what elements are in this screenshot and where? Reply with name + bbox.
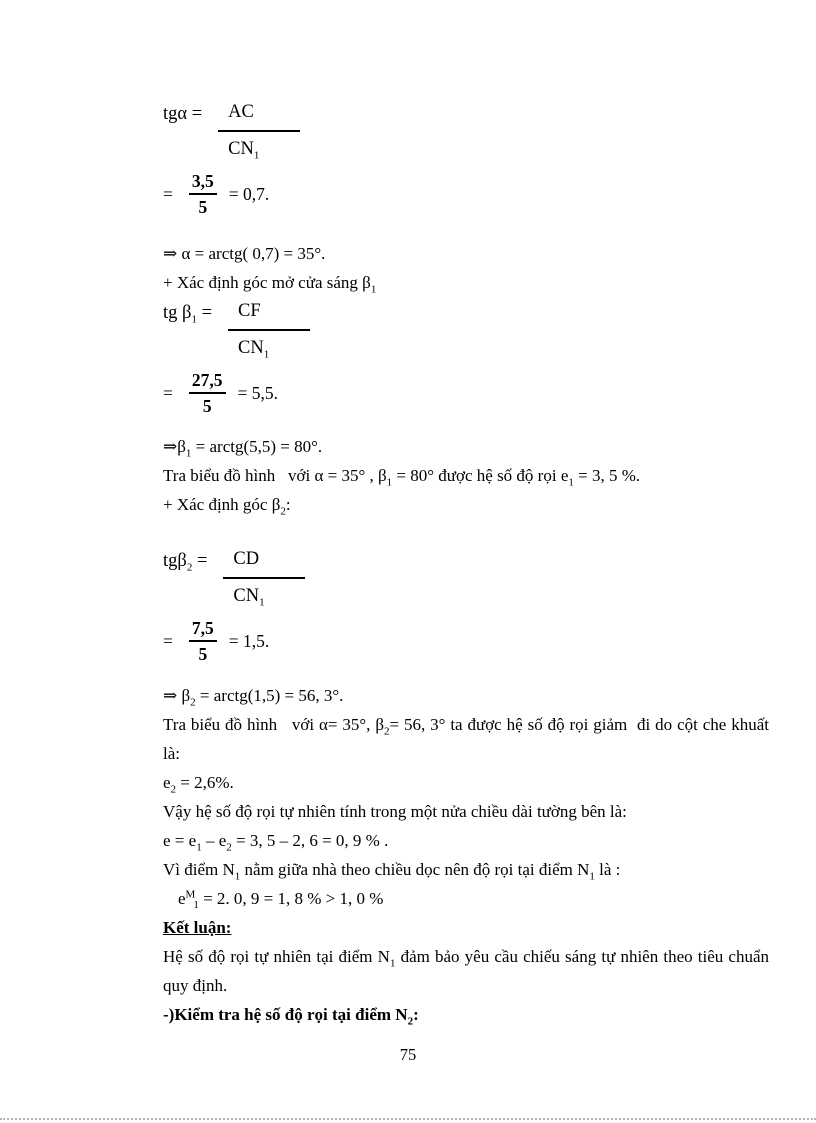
denominator-base: CN (233, 586, 259, 606)
paragraph-xac-dinh-beta2: + Xác định góc β2: (163, 490, 769, 519)
lhs-base: tg β (163, 303, 191, 323)
formula-tg-alpha-definition: tgα = AC CN1 (163, 100, 769, 161)
fraction-7-5-over-5: 7,5 5 (189, 618, 217, 664)
formula-tg-alpha-calculation: = 3,5 5 = 0,7. (163, 171, 769, 217)
calculation-result: = 0,7. (229, 183, 270, 205)
formula-tg-beta1-definition: tg β1 = CF CN1 (163, 299, 769, 360)
text-run: e = e (163, 831, 196, 850)
text-run: ⇒ α = arctg( 0,7) = 35°. (163, 244, 325, 263)
formula-tg-beta1-calculation: = 27,5 5 = 5,5. (163, 370, 769, 416)
equals-sign: = (163, 382, 173, 404)
paragraph-he-so-conclusion: Hệ số độ rọi tự nhiên tại điểm N1 đảm bả… (163, 942, 769, 1000)
text-run: = 3, 5 %. (574, 466, 640, 485)
denominator-base: CN (238, 338, 264, 358)
fraction-denominator: 5 (189, 195, 217, 217)
text-run: = 3, 5 – 2, 6 = 0, 9 % . (232, 831, 389, 850)
formula-tg-beta2: tgβ2 = CD CN1 = 7,5 5 = 1,5. (163, 547, 769, 664)
text-run: = 80° được hệ số độ rọi e (392, 466, 568, 485)
formula-tg-beta1: tg β1 = CF CN1 = 27,5 5 = 5,5. (163, 299, 769, 416)
text-run: Hệ số độ rọi tự nhiên tại điểm N (163, 947, 390, 966)
text-run: e (163, 773, 171, 792)
calculation-result: = 5,5. (238, 382, 279, 404)
lhs-equals: = (197, 303, 212, 323)
text-run: + Xác định góc β (163, 495, 280, 514)
document-page: tgα = AC CN1 = 3,5 5 = 0,7. ⇒ α = arctg(… (0, 0, 816, 1123)
formula-tg-alpha: tgα = AC CN1 = 3,5 5 = 0,7. (163, 100, 769, 217)
fraction-cd-cn1: CD CN1 (223, 547, 305, 608)
text-run: = 2,6%. (176, 773, 234, 792)
paragraph-arctg-beta2: ⇒ β2 = arctg(1,5) = 56, 3°. (163, 681, 769, 710)
paragraph-em1-value: eM1 = 2. 0, 9 = 1, 8 % > 1, 0 % (163, 884, 769, 913)
paragraph-arctg-alpha: ⇒ α = arctg( 0,7) = 35°. (163, 239, 769, 268)
fraction-27-5-over-5: 27,5 5 (189, 370, 226, 416)
fraction-numerator: 27,5 (189, 370, 226, 394)
fraction-denominator: CN1 (228, 331, 310, 360)
text-run: : (413, 1005, 419, 1024)
equals-sign: = (163, 183, 173, 205)
text-run: – e (202, 831, 227, 850)
fraction-numerator: 7,5 (189, 618, 217, 642)
paragraph-tra-bieu-do-1: Tra biểu đồ hình với α = 35° , β1 = 80° … (163, 461, 769, 490)
text-run: ⇒β (163, 437, 186, 456)
text-run: Vì điểm N (163, 860, 235, 879)
fraction-ac-cn1: AC CN1 (218, 100, 300, 161)
formula-tg-beta2-definition: tgβ2 = CD CN1 (163, 547, 769, 608)
heading-ket-luan: Kết luận: (163, 913, 769, 942)
text-run: Tra biểu đồ hình với α= 35°, β (163, 715, 384, 734)
fraction-numerator: AC (218, 100, 300, 132)
fraction-cf-cn1: CF CN1 (228, 299, 310, 360)
fraction-numerator: CF (228, 299, 310, 331)
text-run: : (286, 495, 291, 514)
paragraph-e-difference: e = e1 – e2 = 3, 5 – 2, 6 = 0, 9 % . (163, 826, 769, 855)
paragraph-vay-he-so: Vậy hệ số độ rọi tự nhiên tính trong một… (163, 797, 769, 826)
text-run: + Xác định góc mở cửa sáng β (163, 273, 371, 292)
lhs-equals: = (192, 551, 207, 571)
page-bottom-dotted-edge (0, 1118, 816, 1120)
fraction-numerator: CD (223, 547, 305, 579)
text-run: Tra biểu đồ hình với α = 35° , β (163, 466, 387, 485)
text-run: e (178, 889, 186, 908)
denominator-subscript: 1 (259, 597, 265, 609)
heading-text: Kết luận: (163, 918, 231, 937)
text-run: là : (595, 860, 621, 879)
calculation-result: = 1,5. (229, 630, 270, 652)
fraction-numerator: 3,5 (189, 171, 217, 195)
formula-lhs: tgα = (163, 100, 202, 126)
page-number: 75 (0, 1045, 816, 1065)
subscript: 1 (371, 283, 377, 295)
fraction-denominator: 5 (189, 642, 217, 664)
text-run: ⇒ β (163, 686, 190, 705)
paragraph-vi-diem-n1: Vì điểm N1 nằm giữa nhà theo chiều dọc n… (163, 855, 769, 884)
fraction-denominator: CN1 (218, 132, 300, 161)
text-run: -)Kiểm tra hệ số độ rọi tại điểm N (163, 1005, 408, 1024)
fraction-denominator: CN1 (223, 579, 305, 608)
denominator-subscript: 1 (264, 349, 270, 361)
denominator-subscript: 1 (254, 150, 260, 162)
paragraph-xac-dinh-beta1: + Xác định góc mở cửa sáng β1 (163, 268, 769, 297)
paragraph-arctg-beta1: ⇒β1 = arctg(5,5) = 80°. (163, 432, 769, 461)
paragraph-kiem-tra-n2: -)Kiểm tra hệ số độ rọi tại điểm N2: (163, 1000, 769, 1029)
text-run: = arctg(1,5) = 56, 3°. (196, 686, 344, 705)
paragraph-tra-bieu-do-2: Tra biểu đồ hình với α= 35°, β2= 56, 3° … (163, 710, 769, 768)
paragraph-e2-value: e2 = 2,6%. (163, 768, 769, 797)
text-run: Vậy hệ số độ rọi tự nhiên tính trong một… (163, 802, 627, 821)
equals-sign: = (163, 630, 173, 652)
text-run: = arctg(5,5) = 80°. (191, 437, 322, 456)
formula-lhs: tgβ2 = (163, 547, 207, 573)
denominator-base: CN (228, 139, 254, 159)
fraction-3-5-over-5: 3,5 5 (189, 171, 217, 217)
formula-tg-beta2-calculation: = 7,5 5 = 1,5. (163, 618, 769, 664)
text-run: nằm giữa nhà theo chiều dọc nên độ rọi t… (240, 860, 589, 879)
text-run: = 2. 0, 9 = 1, 8 % > 1, 0 % (199, 889, 384, 908)
formula-lhs: tg β1 = (163, 299, 212, 325)
fraction-denominator: 5 (189, 394, 226, 416)
lhs-base: tgβ (163, 551, 187, 571)
content-area: tgα = AC CN1 = 3,5 5 = 0,7. ⇒ α = arctg(… (163, 100, 769, 1029)
